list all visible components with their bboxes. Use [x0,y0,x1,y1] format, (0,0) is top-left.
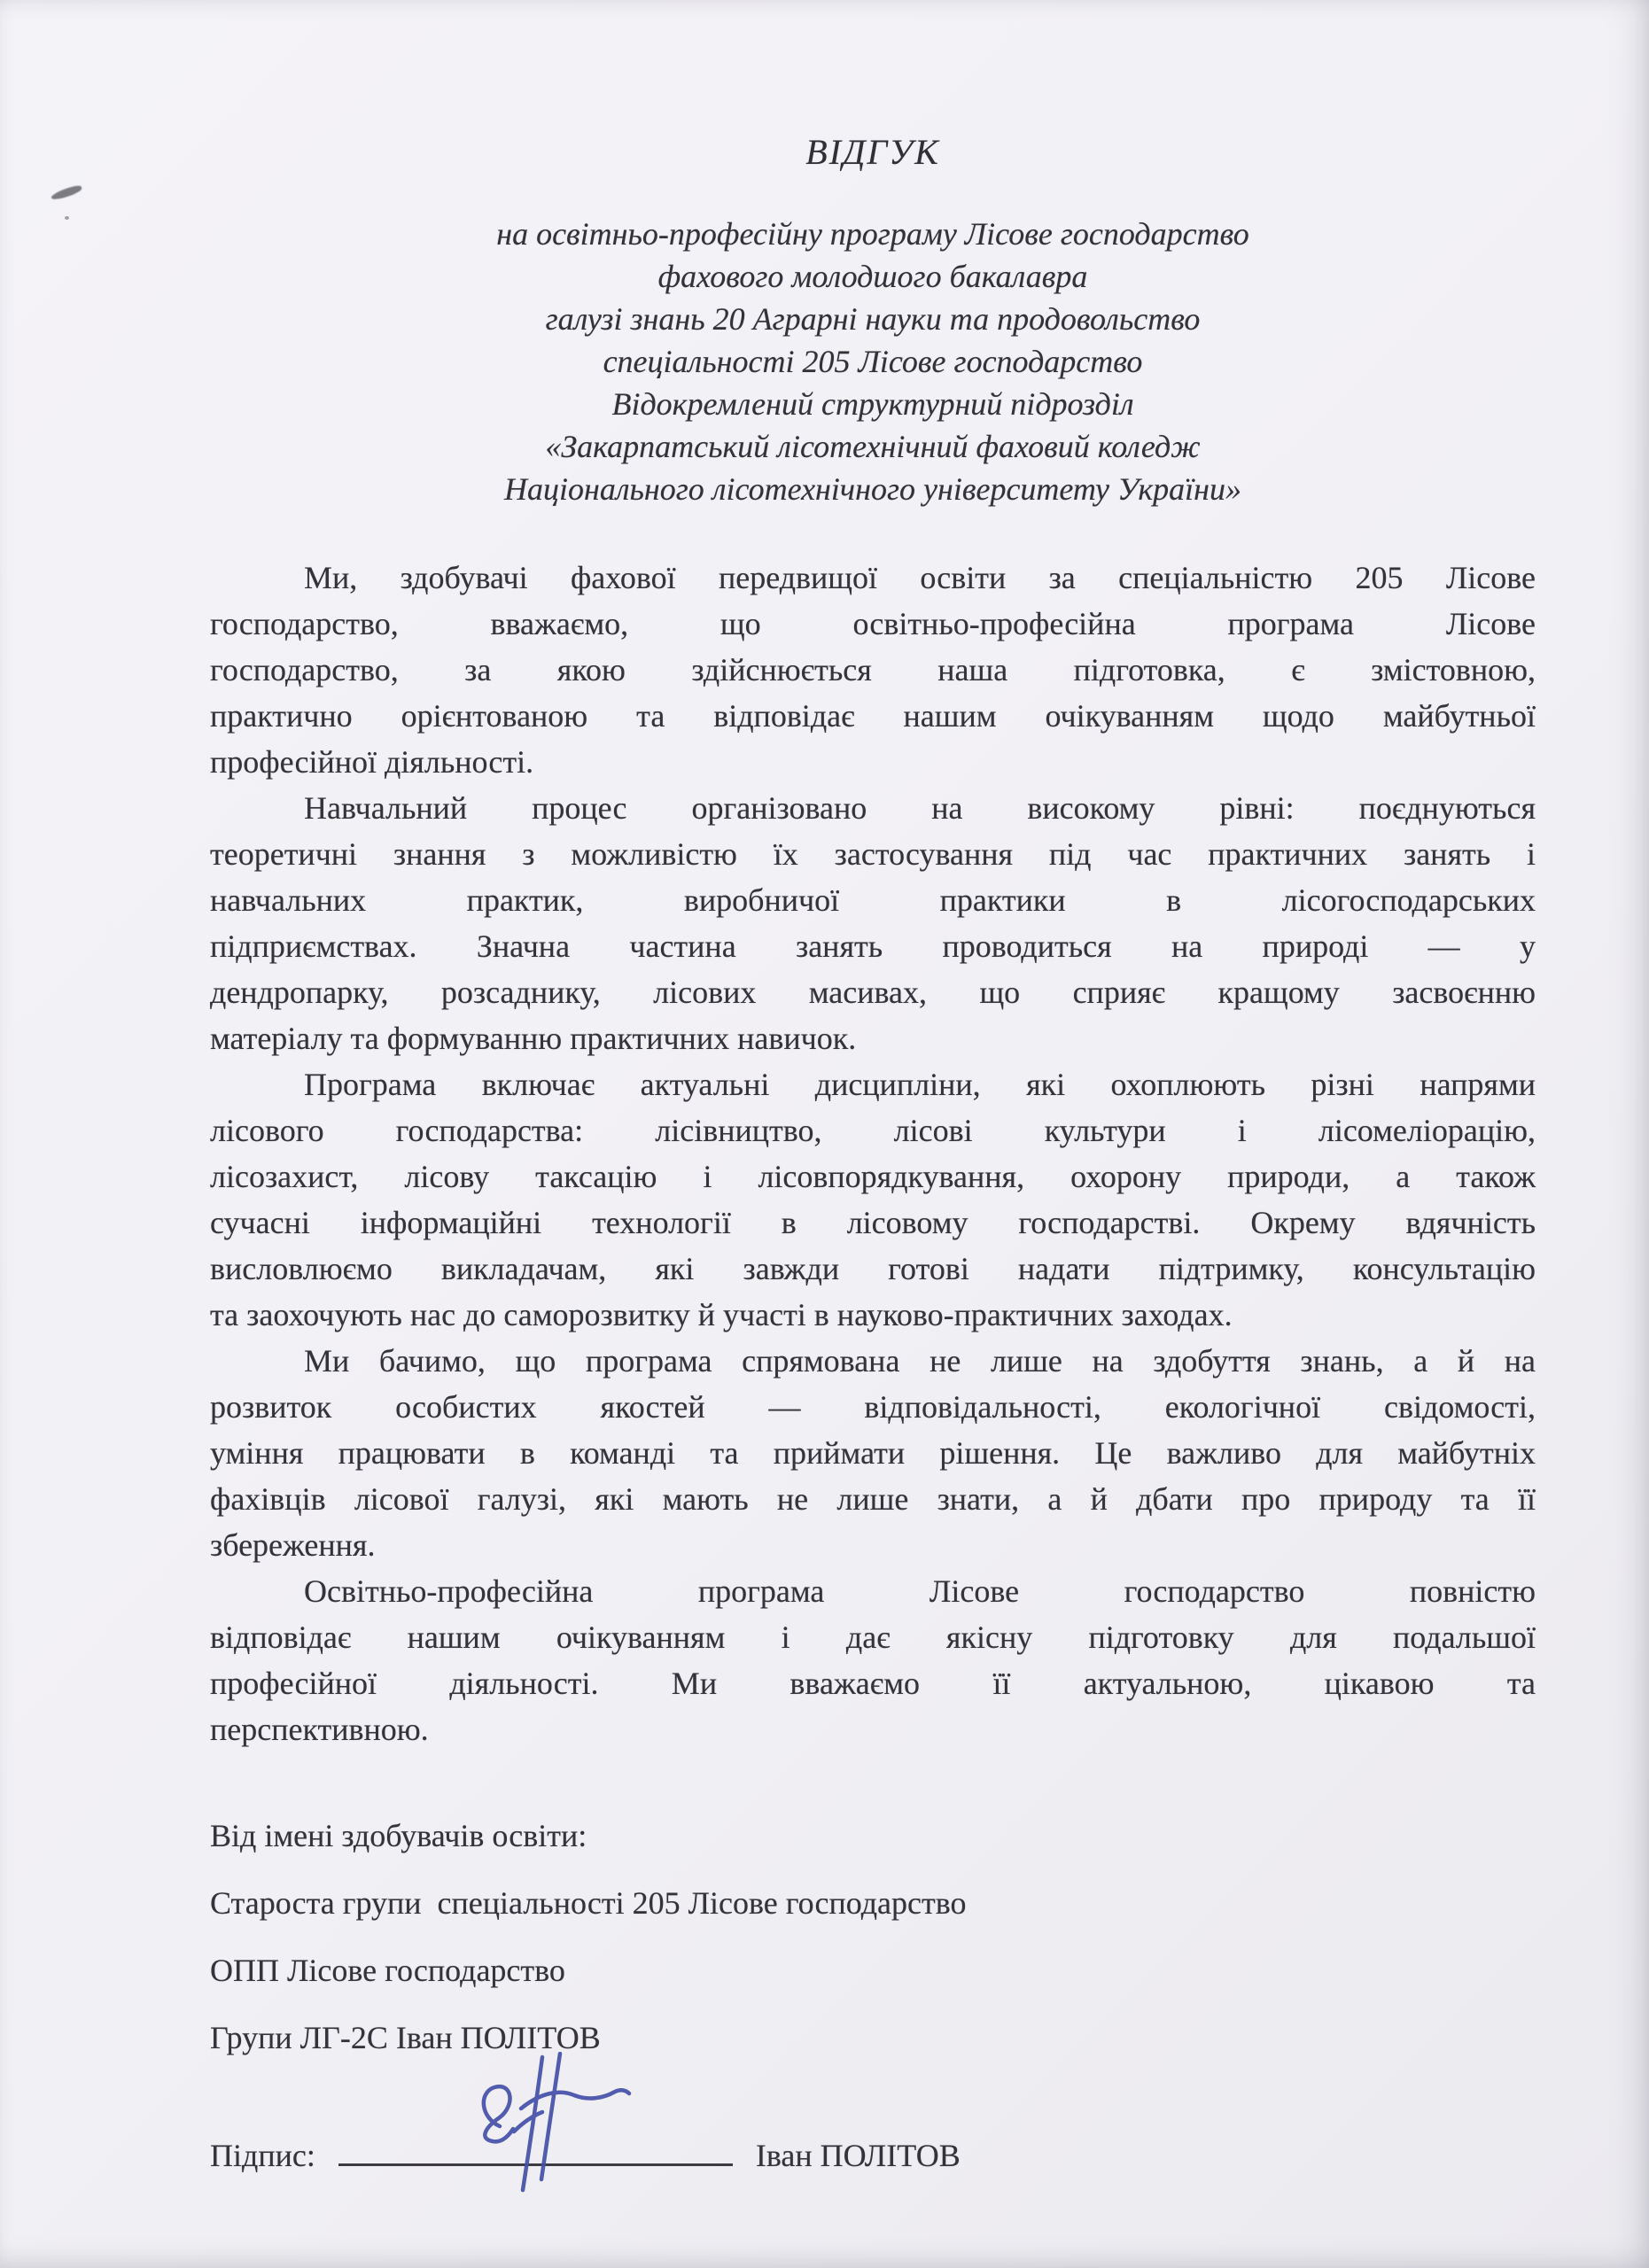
subtitle-line: галузі знань 20 Аграрні науки та продово… [210,298,1536,340]
body-line: лісового господарства: лісівництво, лісо… [210,1107,1536,1153]
body-line: навчальних практик, виробничої практики … [210,877,1536,923]
subtitle-line: «Закарпатський лісотехнічний фаховий кол… [210,425,1536,468]
body-line: підприємствах. Значна частина занять про… [210,923,1536,969]
document-content: ВІДГУК на освітньо-професійну програму Л… [210,0,1536,2173]
body-line: Ми бачимо, що програма спрямована не лиш… [210,1338,1536,1384]
pencil-dot-mark [65,216,69,220]
pencil-smudge-mark [50,184,82,202]
handwritten-signature [461,2052,665,2201]
subtitle-line: фахового молодшого бакалавра [210,255,1536,298]
body-line: Програма включає актуальні дисципліни, я… [210,1061,1536,1107]
body-line: збереження. [210,1522,1536,1568]
signature-row: Підпис:Іван ПОЛІТОВ [210,2133,1536,2173]
document-page: ВІДГУК на освітньо-професійну програму Л… [0,0,1649,2268]
closing-info-line: Групи ЛГ-2С Іван ПОЛІТОВ [210,2020,1536,2055]
body-line: висловлюємо викладачам, які завжди готов… [210,1246,1536,1292]
body-line: розвиток особистих якостей — відповідаль… [210,1384,1536,1430]
closing-info-line: ОПП Лісове господарство [210,1953,1536,1988]
body-line: відповідає нашим очікуванням і дає якісн… [210,1614,1536,1660]
body-line: уміння працювати в команді та приймати р… [210,1430,1536,1476]
body-text: Ми, здобувачі фахової передвищої освіти … [210,555,1536,1752]
body-line: дендропарку, розсаднику, лісових масивах… [210,969,1536,1015]
body-line: практично орієнтованою та відповідає наш… [210,693,1536,739]
body-line: професійної діяльності. [210,739,1536,785]
signature-name: Іван ПОЛІТОВ [756,2138,961,2173]
body-line: господарство, вважаємо, що освітньо-проф… [210,601,1536,647]
body-line: та заохочують нас до саморозвитку й учас… [210,1292,1536,1338]
body-line: професійної діяльності. Ми вважаємо її а… [210,1660,1536,1706]
body-line: господарство, за якою здійснюється наша … [210,647,1536,693]
body-line: Навчальний процес організовано на високо… [210,785,1536,831]
closing-info-line: Староста групи спеціальності 205 Лісове … [210,1885,1536,1921]
subtitle-block: на освітньо-професійну програму Лісове г… [210,213,1536,510]
body-line: Освітньо-професійна програма Лісове госп… [210,1568,1536,1614]
body-line: сучасні інформаційні технології в лісово… [210,1200,1536,1246]
closing-info-block: Староста групи спеціальності 205 Лісове … [210,1885,1536,2055]
subtitle-line: Національного лісотехнічного університет… [210,468,1536,510]
document-title: ВІДГУК [210,133,1536,172]
body-line: перспективною. [210,1706,1536,1752]
body-line: матеріалу та формуванню практичних навич… [210,1015,1536,1061]
closing-from-line: Від імені здобувачів освіти: [210,1818,1536,1853]
subtitle-line: на освітньо-професійну програму Лісове г… [210,213,1536,255]
signature-label: Підпис: [210,2138,315,2173]
body-line: теоретичні знання з можливістю їх застос… [210,831,1536,877]
subtitle-line: Відокремлений структурний підрозділ [210,383,1536,425]
body-line: фахівців лісової галузі, які мають не ли… [210,1476,1536,1522]
body-line: лісозахист, лісову таксацію і лісовпоряд… [210,1153,1536,1200]
body-line: Ми, здобувачі фахової передвищої освіти … [210,555,1536,601]
subtitle-line: спеціальності 205 Лісове господарство [210,340,1536,383]
